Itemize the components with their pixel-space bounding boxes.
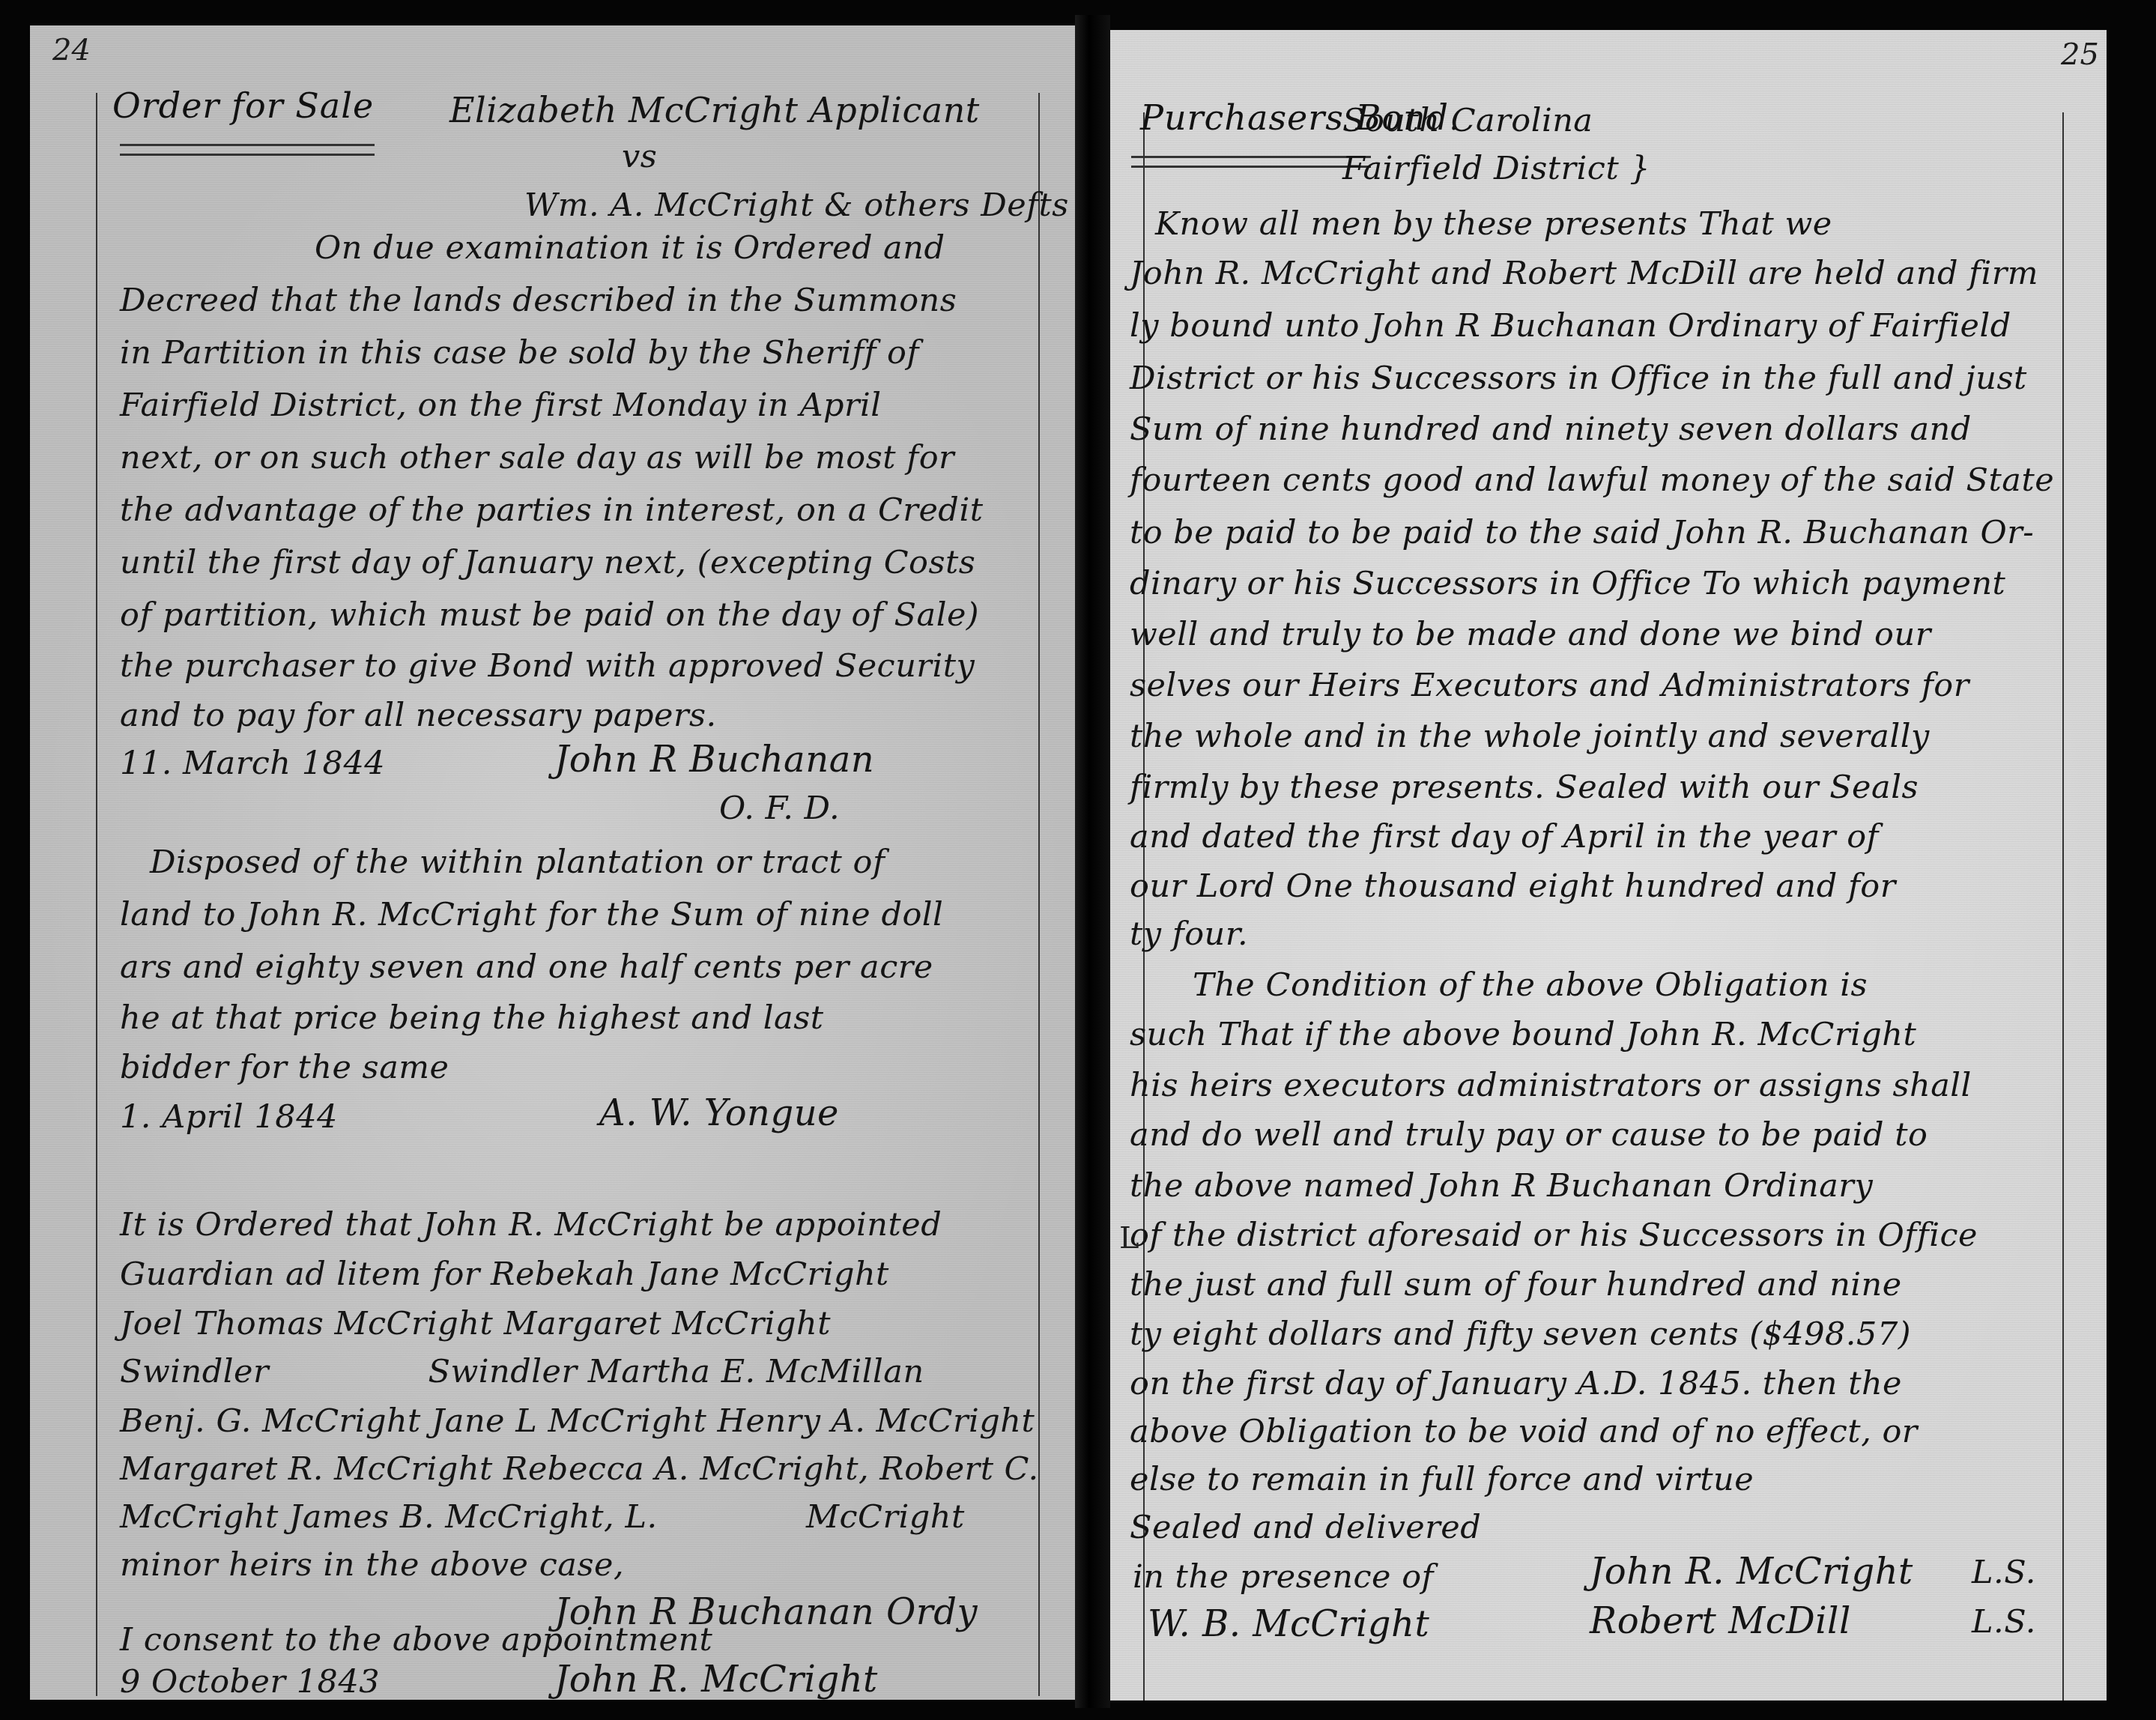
jurisdiction-district: Fairfield District } [1342, 150, 1650, 187]
condition-line: on the first day of January A.D. 1845. t… [1130, 1365, 1902, 1402]
order-line: in Partition in this case be sold by the… [120, 334, 919, 372]
witness-label: in the presence of [1133, 1558, 1434, 1596]
condition-line: the just and full sum of four hundred an… [1130, 1266, 1902, 1303]
order-line: the advantage of the parties in interest… [120, 491, 983, 529]
consent-signature: John R. McCright [554, 1659, 878, 1701]
signatory-name: Robert McDill [1590, 1600, 1851, 1642]
bond-line: fourteen cents good and lawful money of … [1130, 461, 2054, 499]
entry-heading: Order for Sale [112, 85, 374, 126]
book-gutter [1075, 15, 1110, 1708]
guardian-line: Swindler Swindler Martha E. McMillan [120, 1353, 924, 1390]
heading-underline [1131, 156, 1371, 168]
bond-line: our Lord One thousand eight hundred and … [1130, 867, 1896, 905]
bond-line: selves our Heirs Executors and Administr… [1130, 667, 1969, 704]
condition-line: else to remain in full force and virtue [1130, 1461, 1754, 1498]
guardian-line: minor heirs in the above case, [120, 1546, 624, 1584]
condition-line: of the district aforesaid or his Success… [1130, 1217, 1978, 1254]
seal-mark: L.S. [1972, 1603, 2036, 1641]
guardian-line: Benj. G. McCright Jane L McCright Henry … [120, 1402, 1035, 1440]
guardian-line: Margaret R. McCright Rebecca A. McCright… [120, 1450, 1039, 1488]
order-signature: John R Buchanan [554, 739, 874, 781]
disposal-line: land to John R. McCright for the Sum of … [120, 896, 943, 933]
disposal-line: bidder for the same [120, 1049, 449, 1086]
margin-rule [96, 93, 97, 1696]
bond-line: to be paid to be paid to the said John R… [1130, 514, 2034, 551]
right-page: 25 Purchasers Bond. South Carolina Fairf… [1110, 30, 2107, 1701]
witness-label: Sealed and delivered [1130, 1509, 1481, 1546]
condition-line: above Obligation to be void and of no ef… [1130, 1413, 1918, 1450]
order-line: On due examination it is Ordered and [315, 229, 945, 267]
order-line: Decreed that the lands described in the … [120, 282, 957, 319]
caption-applicant: Elizabeth McCright Applicant [449, 90, 980, 130]
signatory-name: John R. McCright [1590, 1551, 1913, 1593]
caption-versus: vs [622, 138, 657, 175]
bond-line: ty four. [1130, 915, 1248, 953]
order-line: the purchaser to give Bond with approved… [120, 647, 975, 685]
bond-line: and dated the first day of April in the … [1130, 818, 1879, 856]
guardian-line: McCright James B. McCright, L. McCright [120, 1498, 965, 1536]
bond-line: John R. McCright and Robert McDill are h… [1130, 255, 2038, 292]
condition-line: his heirs executors administrators or as… [1130, 1067, 1972, 1104]
disposal-line: Disposed of the within plantation or tra… [150, 844, 885, 881]
consent-line: I consent to the above appointment [120, 1621, 712, 1659]
order-date: 11. March 1844 [120, 745, 385, 782]
condition-line: such That if the above bound John R. McC… [1130, 1016, 1916, 1053]
order-line: until the first day of January next, (ex… [120, 544, 975, 581]
order-line: Fairfield District, on the first Monday … [120, 387, 882, 424]
bond-line: Know all men by these presents That we [1155, 205, 1832, 243]
bond-line: ly bound unto John R Buchanan Ordinary o… [1130, 307, 2011, 345]
condition-line: ty eight dollars and fifty seven cents (… [1130, 1315, 1911, 1353]
bond-line: well and truly to be made and done we bi… [1130, 616, 1931, 653]
seal-mark: L.S. [1972, 1554, 2036, 1591]
margin-mark: L [1119, 1221, 1139, 1256]
witness-signature: W. B. McCright [1148, 1603, 1429, 1645]
order-signature-title: O. F. D. [719, 790, 840, 827]
disposal-signature: A. W. Yongue [599, 1092, 839, 1134]
condition-line: and do well and truly pay or cause to be… [1130, 1116, 1928, 1154]
guardian-line: Guardian ad litem for Rebekah Jane McCri… [120, 1256, 889, 1293]
guardian-line: It is Ordered that John R. McCright be a… [120, 1206, 942, 1244]
bond-line: District or his Successors in Office in … [1130, 360, 2027, 397]
disposal-date: 1. April 1844 [120, 1098, 338, 1136]
page-number: 24 [52, 33, 91, 67]
jurisdiction-state: South Carolina [1342, 102, 1593, 139]
margin-rule [2062, 112, 2064, 1701]
consent-date: 9 October 1843 [120, 1663, 380, 1701]
heading-underline [120, 144, 375, 156]
disposal-line: he at that price being the highest and l… [120, 999, 824, 1037]
guardian-line: Joel Thomas McCright Margaret McCright [120, 1305, 831, 1342]
condition-line: The Condition of the above Obligation is [1193, 966, 1868, 1004]
disposal-line: ars and eighty seven and one half cents … [120, 948, 933, 986]
condition-line: the above named John R Buchanan Ordinary [1130, 1167, 1873, 1205]
bond-line: firmly by these presents. Sealed with ou… [1130, 769, 1919, 806]
page-number: 25 [2061, 37, 2099, 72]
order-line: next, or on such other sale day as will … [120, 439, 954, 476]
bond-line: the whole and in the whole jointly and s… [1130, 718, 1930, 755]
order-line: and to pay for all necessary papers. [120, 697, 717, 734]
caption-defendants: Wm. A. McCright & others Defts [524, 187, 1069, 224]
bond-line: Sum of nine hundred and ninety seven dol… [1130, 411, 1972, 448]
order-line: of partition, which must be paid on the … [120, 596, 979, 634]
left-page: 24 Order for Sale Elizabeth McCright App… [30, 25, 1075, 1700]
bond-line: dinary or his Successors in Office To wh… [1130, 565, 2005, 602]
